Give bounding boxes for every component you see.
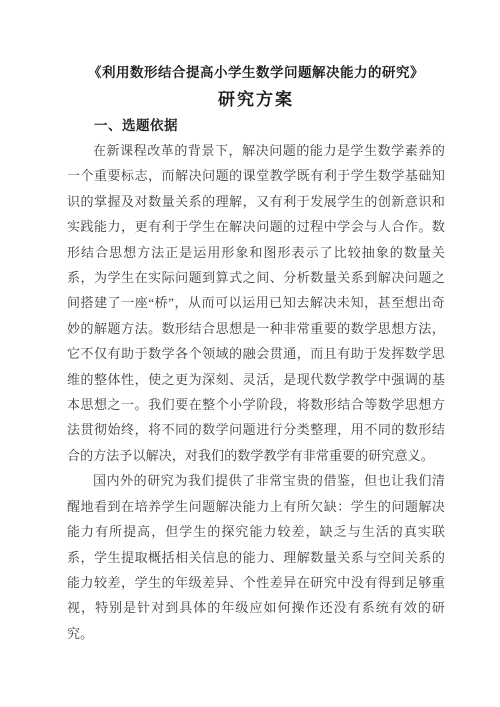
paragraph-background: 在新课程改革的背景下，解决问题的能力是学生数学素养的一个重要标志，而解决问题的课… (67, 138, 445, 468)
document-page: 《利用数形结合提高小学生数学问题解决能力的研究》 研究方案 一、选题依据 在新课… (0, 0, 500, 707)
paragraph-research-gap: 国内外的研究为我们提供了非常宝贵的借鉴，但也让我们清醒地看到在培养学生问题解决能… (67, 468, 445, 646)
document-title: 《利用数形结合提高小学生数学问题解决能力的研究》 (67, 60, 445, 86)
section-heading-topic-basis: 一、选题依据 (67, 113, 445, 138)
document-subtitle: 研究方案 (67, 86, 445, 113)
